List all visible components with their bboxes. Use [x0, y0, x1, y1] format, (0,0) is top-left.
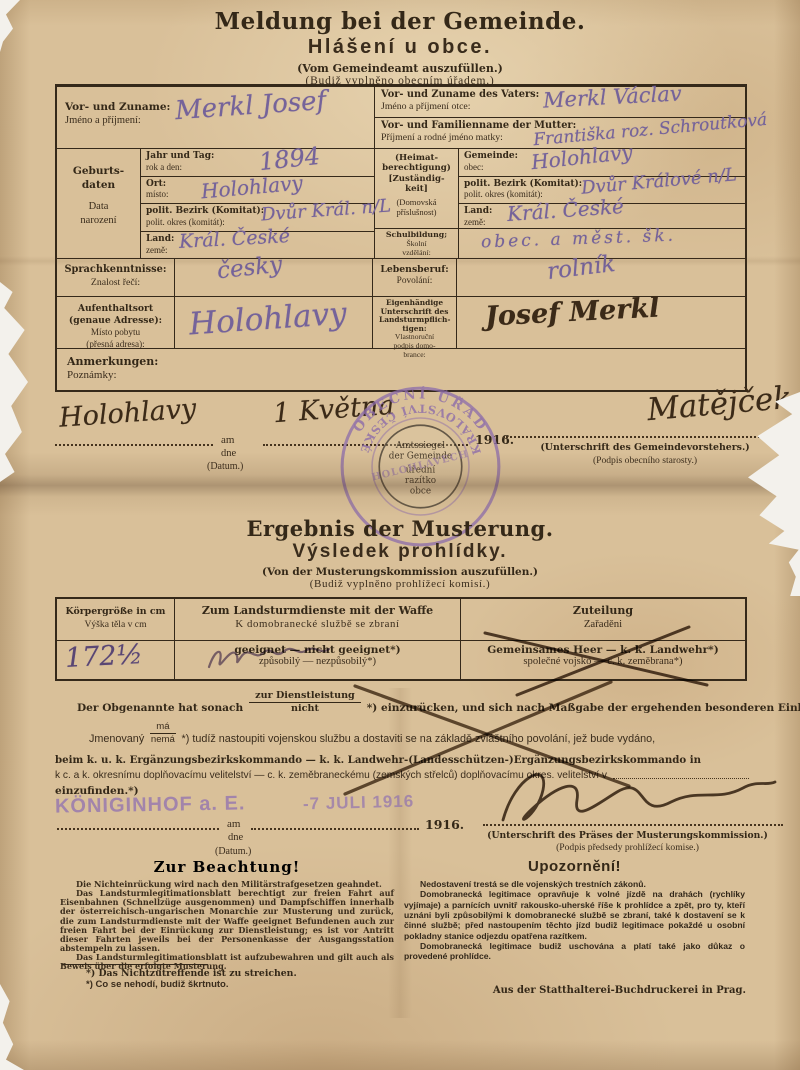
commission-caption: (Unterschrift des Präses der Musterungsk… — [460, 830, 795, 855]
notice-czech-p1: Nedostavení trestá se dle vojenských tre… — [404, 879, 745, 889]
birth-land-handwriting: Král. České — [178, 225, 290, 254]
row-residence-signature: Aufenthaltsort (genaue Adresse): Místo p… — [57, 297, 745, 349]
home-district-label-de: polit. Bezirk (Komitat): — [464, 179, 582, 189]
footnote-de: *) Das Nichtzutreffende ist zu streichen… — [62, 968, 362, 979]
commission-caption-cz: (Podpis předsedy prohlížecí komise.) — [460, 842, 795, 855]
footnotes: *) Das Nichtzutreffende ist zu streichen… — [62, 964, 362, 990]
am2-label: am — [227, 818, 240, 830]
title2-german: Ergebnis der Musterung. — [0, 516, 800, 541]
birth-header-cell: Geburts- daten Data narození — [57, 149, 141, 258]
remarks-label-de: Anmerkungen: — [67, 355, 735, 369]
mayor-caption-de: (Unterschrift des Gemeindevorstehers.) — [495, 442, 795, 455]
fraction2-bottom: nemá — [151, 734, 175, 746]
date-block-2: KÖNIGINHOF a. E. -7 JULI 1916 am 1916. d… — [55, 788, 747, 860]
stamp-inner-line: obce — [410, 486, 431, 496]
service-header-cz: K domobranecké službě se zbraní — [175, 618, 460, 630]
stamp-inner-line: razítko — [405, 475, 436, 486]
cell-parents: Vor- und Zuname des Vaters: Jméno a příj… — [375, 87, 745, 148]
subtitle2-german: (Von der Musterungskommission auszufülle… — [0, 566, 800, 578]
language-label-cz: Znalost řečí: — [63, 277, 168, 290]
height-handwriting: 172½ — [64, 639, 143, 674]
row-name: Vor- und Zuname: Jméno a příjmení: Merkl… — [57, 87, 745, 149]
language-label-cell: Sprachkenntnisse: Znalost řečí: — [57, 259, 175, 296]
school-label-cz: Školní vzdělání: — [375, 240, 458, 258]
mayor-signature-line — [503, 436, 791, 438]
birth-place-label-cz: místo: — [146, 189, 169, 199]
height-header-cz: Výška těla v cm — [57, 619, 174, 632]
own-signature-handwriting: Josef Merkl — [484, 292, 660, 332]
notice-czech: Upozornění! Nedostavení trestá se dle vo… — [404, 858, 745, 962]
birth-land-label-de: Land: — [146, 234, 174, 244]
assignment-value-cell: Gemeinsames Heer — k. k. Landwehr*) spol… — [461, 641, 745, 679]
title-czech: Hlášení u obce. — [0, 36, 800, 59]
am-label: am — [221, 434, 234, 446]
footnote-rule — [62, 964, 208, 965]
birth-date-label-cz: rok a den: — [146, 162, 182, 172]
home-row-land: Land: země: Král. České — [459, 204, 745, 231]
occupation-label-de: Lebensberuf: — [379, 264, 450, 276]
home-district-label-cz: polit. okres (komitát): — [464, 189, 543, 199]
home-wrap: (Heimat- berechtigung) [Zuständig- keit]… — [375, 149, 745, 258]
year2-printed: 1916. — [425, 817, 464, 832]
home-rows: Gemeinde: obec: Holohlavy polit. Bezirk … — [459, 149, 745, 228]
service-column: Zum Landsturmdienste mit der Waffe K dom… — [175, 599, 461, 679]
dne2-label: dne — [228, 832, 243, 843]
home-land-label-cz: země: — [464, 217, 486, 227]
fill-line — [251, 828, 419, 830]
date-stamp: -7 JULI 1916 — [303, 792, 415, 815]
notice-czech-p3: Domobranecká legitimace budiž uschována … — [404, 941, 745, 962]
header-musterung: Ergebnis der Musterung. Výsledek prohlíd… — [0, 516, 800, 590]
language-value-cell: česky — [175, 259, 373, 296]
birth-place-label-de: Ort: — [146, 179, 166, 189]
school-handwriting: obec. a měst. šk. — [481, 226, 677, 253]
subtitle-german: (Vom Gemeindeamt auszufüllen.) — [0, 62, 800, 75]
title-german: Meldung bei der Gemeinde. — [0, 8, 800, 35]
height-column: Körpergröße in cm Výška těla v cm 172½ — [57, 599, 175, 679]
footnote-cz: *) Co se nehodí, budiž škrtnuto. — [62, 979, 362, 990]
fill-line — [55, 444, 213, 446]
residence-handwriting: Holohlavy — [188, 296, 348, 343]
notice-czech-p2: Domobranecká legitimace opravňuje k voln… — [404, 889, 745, 941]
order-fraction-2: má nemá — [150, 721, 175, 745]
birth-header-cz: Data narození — [63, 200, 134, 227]
service-value-cell: geeignet — nicht geeignet*) způsobilý — … — [175, 641, 460, 679]
commission-signature-line — [483, 824, 783, 826]
language-handwriting: česky — [216, 252, 284, 285]
own-signature-label-cell: Eigenhändige Unterschrift des Landsturmp… — [373, 297, 457, 348]
place-handwriting: Holohlavy — [58, 393, 197, 434]
home-gemeinde-label-cz: obec: — [464, 162, 484, 172]
home-land-label-de: Land: — [464, 206, 492, 216]
height-header-de: Körpergröße in cm — [57, 606, 174, 619]
registration-table: Vor- und Zuname: Jméno a příjmení: Merkl… — [55, 84, 747, 392]
assignment-column: Zuteilung Zařaděni Gemeinsames Heer — k.… — [461, 599, 745, 679]
own-signature-label-de: Eigenhändige Unterschrift des Landsturmp… — [379, 299, 450, 333]
home-gemeinde-label-de: Gemeinde: — [464, 151, 518, 161]
torn-edge-left — [0, 282, 28, 482]
own-signature-cell: Josef Merkl — [457, 297, 745, 348]
subtitle2-czech: (Budiž vyplněno prohlížecí komisí.) — [0, 578, 800, 590]
torn-corner-bottom-left — [0, 984, 24, 1070]
notice-czech-title: Upozornění! — [404, 858, 745, 875]
occupation-label-cz: Povolání: — [379, 276, 450, 288]
home-header-de: (Heimat- berechtigung) [Zuständig- keit] — [375, 153, 458, 195]
occupation-value-cell: rolník — [457, 259, 745, 296]
cell-mother: Vor- und Familienname der Mutter: Příjme… — [375, 118, 745, 148]
school-row: Schulbildung; Školní vzdělání: obec. a m… — [375, 229, 745, 258]
dne-label: dne — [221, 448, 236, 459]
birth-header-de: Geburts- daten — [63, 165, 134, 192]
birth-land-label-cz: země: — [146, 245, 168, 255]
birth-district-label-de: polit. Bezirk (Komitat): — [146, 206, 264, 216]
musterung-table: Körpergröße in cm Výška těla v cm 172½ Z… — [55, 597, 747, 681]
birth-date-label-de: Jahr und Tag: — [146, 151, 214, 161]
home-rows-block: (Heimat- berechtigung) [Zuständig- keit]… — [375, 149, 745, 229]
birth-rows: Jahr und Tag: rok a den: 1894 Ort: místo… — [141, 149, 375, 258]
title2-czech: Výsledek prohlídky. — [0, 541, 800, 563]
language-label-de: Sprachkenntnisse: — [63, 264, 168, 277]
notice-german-title: Zur Beachtung! — [60, 858, 394, 876]
koeniginhof-stamp: KÖNIGINHOF a. E. — [55, 792, 246, 818]
cell-father: Vor- und Zuname des Vaters: Jméno a příj… — [375, 87, 745, 118]
mayor-caption-cz: (Podpis obecního starosty.) — [495, 455, 795, 468]
stamp-inner-line: Amtssiegel — [395, 441, 445, 451]
residence-value-cell: Holohlavy — [175, 297, 373, 348]
date-block-1: Holohlavy am dne (Datum.) 1 Května 1916.… — [55, 396, 747, 472]
birth-row-date: Jahr und Tag: rok a den: 1894 — [141, 149, 374, 177]
service-header: Zum Landsturmdienste mit der Waffe K dom… — [175, 599, 460, 641]
cell-name: Vor- und Zuname: Jméno a příjmení: Merkl… — [57, 87, 375, 148]
order-de1-pre: Der Obgenannte hat sonach — [55, 702, 243, 714]
residence-label-cz: Místo pobytu (přesná adresa): — [63, 327, 168, 351]
row-birth-home: Geburts- daten Data narození Jahr und Ta… — [57, 149, 745, 259]
height-value-cell: 172½ — [57, 641, 174, 679]
pencil-scribble — [203, 641, 343, 677]
order-cz1-pre: Jmenovaný — [55, 733, 144, 745]
header-meldung: Meldung bei der Gemeinde. Hlášení u obce… — [0, 8, 800, 87]
birth-district-label-cz: polit. okres (komitát): — [146, 217, 225, 227]
assignment-header-de: Zuteilung — [461, 604, 745, 618]
school-label-cell: Schulbildung; Školní vzdělání: — [375, 229, 459, 258]
mayor-caption: (Unterschrift des Gemeindevorstehers.) (… — [495, 442, 795, 468]
service-header-de: Zum Landsturmdienste mit der Waffe — [175, 604, 460, 618]
fraction2-top: má — [150, 721, 175, 734]
notice-german: Zur Beachtung! Die Nichteinrückung wird … — [60, 858, 394, 971]
row-language-occupation: Sprachkenntnisse: Znalost řečí: česky Le… — [57, 259, 745, 297]
occupation-label-cell: Lebensberuf: Povolání: — [373, 259, 457, 296]
fill-line — [57, 828, 219, 830]
remarks-label-cz: Poznámky: — [67, 369, 735, 383]
datum-label: (Datum.) — [207, 461, 243, 472]
commission-caption-de: (Unterschrift des Präses der Musterungsk… — [460, 830, 795, 842]
notice-german-p2: Das Landsturmlegitimationsblatt berechti… — [60, 889, 394, 953]
residence-label-cell: Aufenthaltsort (genaue Adresse): Místo p… — [57, 297, 175, 348]
datum2-label: (Datum.) — [215, 846, 251, 857]
document-paper: Meldung bei der Gemeinde. Hlášení u obce… — [0, 0, 800, 1070]
residence-label-de: Aufenthaltsort (genaue Adresse): — [63, 303, 168, 327]
height-header: Körpergröße in cm Výška těla v cm — [57, 599, 174, 641]
printer-imprint: Aus der Statthalterei-Buchdruckerei in P… — [430, 985, 746, 996]
